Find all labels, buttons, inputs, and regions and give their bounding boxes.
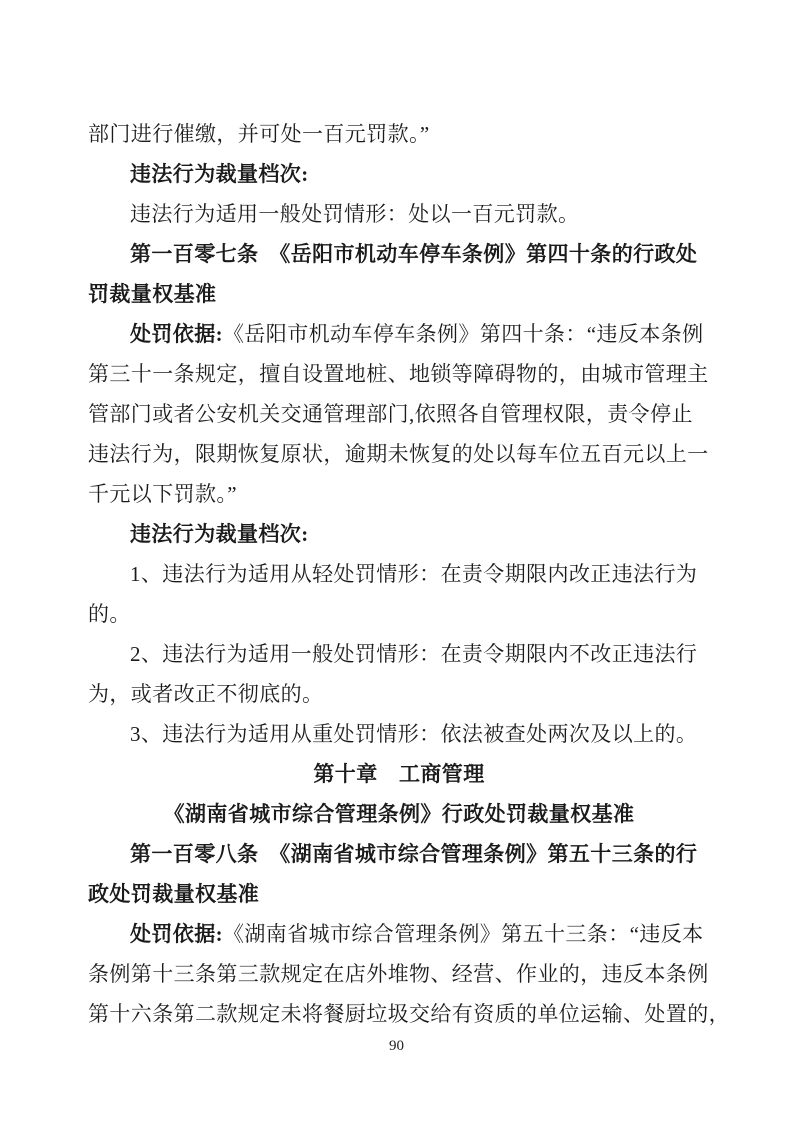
penalty-basis-line: 处罚依据:《湖南省城市综合管理条例》第五十三条：“违反本 <box>88 914 710 954</box>
body-line: 管部门或者公安机关交通管理部门,依照各自管理权限，责令停止 <box>88 394 710 434</box>
body-line: 违法行为适用一般处罚情形：处以一百元罚款。 <box>88 194 710 234</box>
body-line: 违法行为，限期恢复原状，逾期未恢复的处以每车位五百元以上一 <box>88 434 710 474</box>
document-text-block: 部门进行催缴，并可处一百元罚款。” 违法行为裁量档次: 违法行为适用一般处罚情形… <box>88 114 710 1034</box>
penalty-basis-label: 处罚依据: <box>130 922 223 946</box>
penalty-basis-line: 处罚依据:《岳阳市机动车停车条例》第四十条：“违反本条例 <box>88 314 710 354</box>
heading-article-107-cont: 罚裁量权基准 <box>88 274 710 314</box>
heading-article-108-cont: 政处罚裁量权基准 <box>88 874 710 914</box>
body-line: 条例第十三条第三款规定在店外堆物、经营、作业的，违反本条例 <box>88 954 710 994</box>
body-line: 第三十一条规定，擅自设置地桩、地锁等障碍物的，由城市管理主 <box>88 354 710 394</box>
document-page: 部门进行催缴，并可处一百元罚款。” 违法行为裁量档次: 违法行为适用一般处罚情形… <box>0 0 793 1122</box>
list-item-1: 1、违法行为适用从轻处罚情形：在责令期限内改正违法行为 <box>88 554 710 594</box>
body-line: 第十六条第二款规定未将餐厨垃圾交给有资质的单位运输、处置的， <box>88 994 710 1034</box>
chapter-heading: 第十章 工商管理 <box>88 754 710 794</box>
regulation-heading: 《湖南省城市综合管理条例》行政处罚裁量权基准 <box>88 794 710 834</box>
heading-article-108: 第一百零八条 《湖南省城市综合管理条例》第五十三条的行 <box>88 834 710 874</box>
heading-article-107: 第一百零七条 《岳阳市机动车停车条例》第四十条的行政处 <box>88 234 710 274</box>
list-item-2-cont: 为，或者改正不彻底的。 <box>88 674 710 714</box>
penalty-basis-text: 《岳阳市机动车停车条例》第四十条：“违反本条例 <box>223 322 704 346</box>
penalty-basis-text: 《湖南省城市综合管理条例》第五十三条：“违反本 <box>223 922 704 946</box>
heading-discretion-levels: 违法行为裁量档次: <box>88 514 710 554</box>
list-item-2: 2、违法行为适用一般处罚情形：在责令期限内不改正违法行 <box>88 634 710 674</box>
body-line: 部门进行催缴，并可处一百元罚款。” <box>88 114 710 154</box>
list-item-3: 3、违法行为适用从重处罚情形：依法被查处两次及以上的。 <box>88 714 710 754</box>
penalty-basis-label: 处罚依据: <box>130 322 223 346</box>
list-item-1-cont: 的。 <box>88 594 710 634</box>
heading-discretion-levels: 违法行为裁量档次: <box>88 154 710 194</box>
page-number: 90 <box>0 1036 793 1056</box>
body-line: 千元以下罚款。” <box>88 474 710 514</box>
